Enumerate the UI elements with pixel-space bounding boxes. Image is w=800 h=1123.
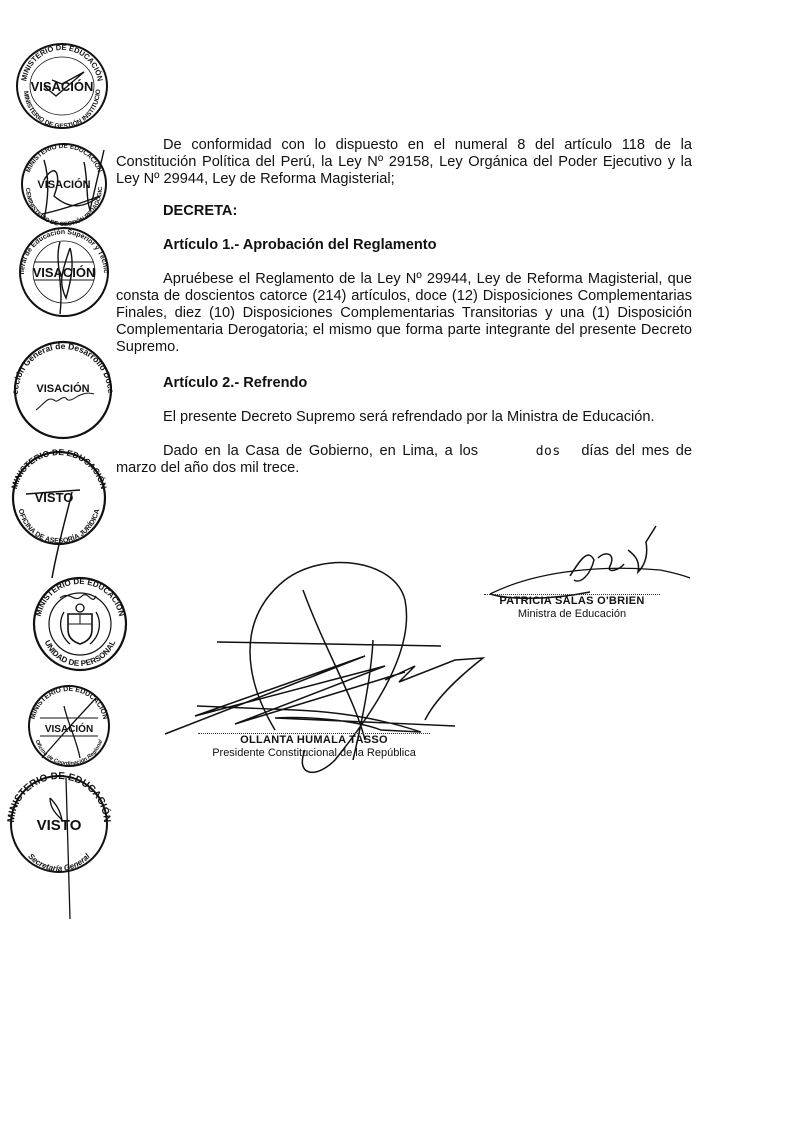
svg-text:UNIDAD DE PERSONAL: UNIDAD DE PERSONAL [43, 639, 118, 668]
coat-of-arms-icon [61, 604, 100, 644]
stamp-educacion-superior-tecnico-profesional: Dirección General de Educación Superior … [14, 222, 114, 322]
svg-text:VISTO: VISTO [37, 817, 82, 834]
stamp-oficina-asesoria-juridica: MINISTERIO DE EDUCACIÓN OFICINA DE ASESO… [4, 448, 114, 544]
decreta-heading: DECRETA: [116, 203, 739, 220]
stamp-desarrollo-docente: Dirección General de Desarrollo Docente … [8, 338, 118, 442]
president-name: OLLANTA HUMALA TASSO [198, 734, 430, 747]
svg-text:MINISTERIO DE EDUCACIÓN: MINISTERIO DE EDUCACIÓN [25, 143, 103, 174]
svg-text:Oficina de Coordinación Region: Oficina de Coordinación Regional [34, 739, 105, 767]
svg-text:MINISTERIO DE EDUCACIÓN: MINISTERIO DE EDUCACIÓN [30, 686, 109, 720]
article-1-body: Apruébese el Reglamento de la Ley Nº 299… [116, 271, 692, 356]
svg-text:MINISTERIO DE EDUCACIÓN: MINISTERIO DE EDUCACIÓN [9, 447, 109, 490]
president-signature-block: OLLANTA HUMALA TASSO Presidente Constitu… [198, 733, 430, 760]
stamp-viceministerio-gestion-institucional: MINISTERIO DE EDUCACIÓN VICEMINISTERIO D… [12, 40, 112, 132]
given-prefix: Dado en la Casa de Gobierno, en Lima, a … [163, 443, 478, 459]
minister-signature-block: PATRICIA SALAS O'BRIEN Ministra de Educa… [484, 594, 660, 621]
svg-text:OFICINA DE ASESORÍA JURÍDICA: OFICINA DE ASESORÍA JURÍDICA [17, 508, 102, 545]
svg-text:VISACIÓN: VISACIÓN [36, 382, 89, 395]
svg-text:VISACIÓN: VISACIÓN [37, 178, 90, 191]
president-title: Presidente Constitucional de la Repúblic… [198, 747, 430, 760]
preamble-paragraph: De conformidad con lo dispuesto en el nu… [116, 137, 692, 188]
given-paragraph: Dado en la Casa de Gobierno, en Lima, a … [116, 443, 692, 477]
minister-title: Ministra de Educación [484, 608, 660, 621]
svg-text:MINISTERIO DE EDUCACIÓN: MINISTERIO DE EDUCACIÓN [6, 771, 113, 823]
minister-name: PATRICIA SALAS O'BRIEN [484, 595, 660, 608]
article-2-heading: Artículo 2.- Refrendo [116, 375, 739, 392]
stamp-secretaria-general: MINISTERIO DE EDUCACIÓN Secretaría Gener… [4, 774, 114, 924]
svg-text:Secretaría General: Secretaría General [26, 851, 92, 873]
given-day: dos [485, 443, 575, 460]
document-page: De conformidad con lo dispuesto en el nu… [0, 0, 800, 1123]
article-1-heading: Artículo 1.- Aprobación del Reglamento [116, 237, 739, 254]
svg-text:VISACIÓN: VISACIÓN [31, 79, 94, 94]
article-2-body: El presente Decreto Supremo será refrend… [116, 409, 692, 426]
stamp-viceministerio-gestion-pedagogica: MINISTERIO DE EDUCACIÓN VICEMINISTERIO D… [14, 140, 114, 230]
stamp-oficina-coordinacion-regional: MINISTERIO DE EDUCACIÓN Oficina de Coord… [24, 684, 114, 768]
stamp-unidad-de-personal: MINISTERIO DE EDUCACIÓN UNIDAD DE PERSON… [30, 576, 130, 672]
